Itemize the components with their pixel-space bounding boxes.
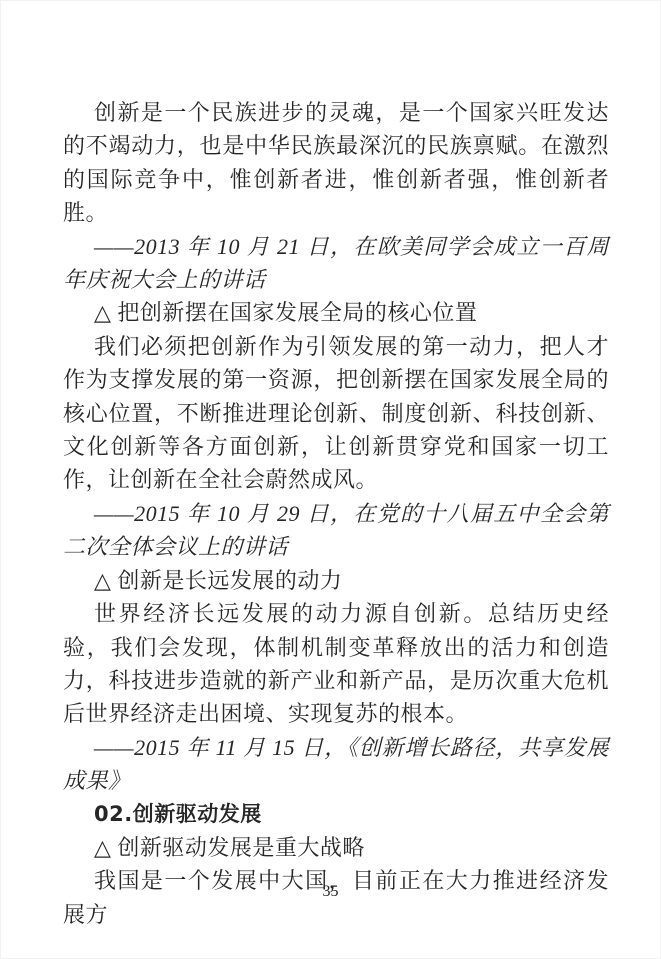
page-number: 35 [0,883,661,901]
book-page: 创新是一个民族进步的灵魂，是一个国家兴旺发达的不竭动力，也是中华民族最深沉的民族… [0,0,661,959]
topic-subheading: △ 创新是长远发展的动力 [63,564,609,597]
paragraph: 我们必须把创新作为引领发展的第一动力，把人才作为支撑发展的第一资源，把创新摆在国… [63,330,609,497]
paragraph: 世界经济长远发展的动力源自创新。总结历史经验，我们会发现，体制机制变革释放出的活… [63,597,609,731]
paragraph: 创新是一个民族进步的灵魂，是一个国家兴旺发达的不竭动力，也是中华民族最深沉的民族… [63,96,609,230]
quote-attribution: ——2015 年 10 月 29 日，在党的十八届五中全会第二次全体会议上的讲话 [63,497,609,564]
quote-attribution: ——2013 年 10 月 21 日，在欧美同学会成立一百周年庆祝大会上的讲话 [63,230,609,297]
quote-attribution: ——2015 年 11 月 15 日，《创新增长路径，共享发展成果》 [63,731,609,798]
topic-subheading: △ 创新驱动发展是重大战略 [63,831,609,864]
section-heading: 02.创新驱动发展 [63,798,609,831]
document-body: 创新是一个民族进步的灵魂，是一个国家兴旺发达的不竭动力，也是中华民族最深沉的民族… [63,96,609,931]
topic-subheading: △ 把创新摆在国家发展全局的核心位置 [63,296,609,329]
